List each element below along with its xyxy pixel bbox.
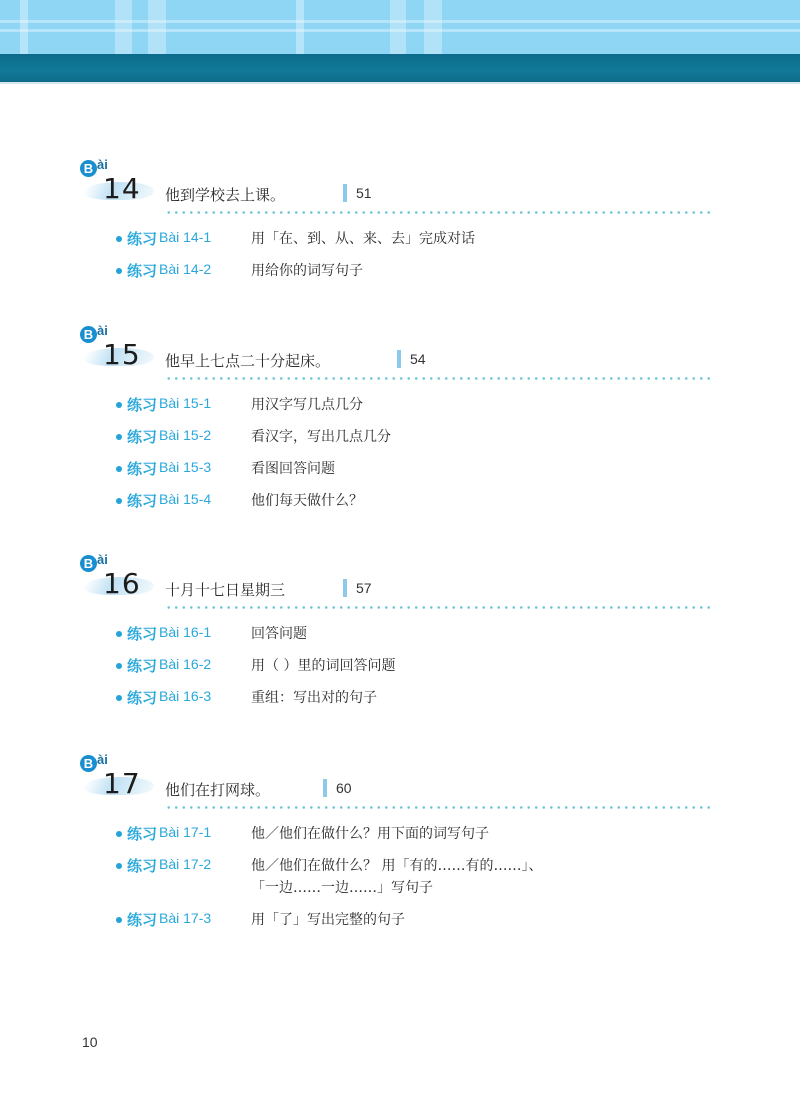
bai-badge: B ài 17 [80, 755, 170, 805]
exercise-desc: 用「了」写出完整的句子 [251, 909, 405, 931]
exercise-label: 练习 [127, 426, 157, 447]
bullet-icon [116, 831, 122, 837]
exercise-code: Bài 15-1 [159, 395, 211, 411]
exercise-desc: 用（ ）里的词回答问题 [251, 655, 395, 677]
exercise-label: 练习 [127, 490, 157, 511]
exercise-code: Bài 15-4 [159, 491, 211, 507]
bai-badge: B ài 15 [80, 326, 170, 376]
exercise-label: 练习 [127, 655, 157, 676]
exercise-code: Bài 14-2 [159, 261, 211, 277]
bai-b-circle-icon: B [80, 326, 97, 343]
bullet-icon [116, 402, 122, 408]
lesson-title[interactable]: 他早上七点二十分起床。 [165, 350, 330, 371]
lesson-number: 15 [103, 338, 141, 371]
exercise-code: Bài 16-3 [159, 688, 211, 704]
bullet-icon [116, 631, 122, 637]
bai-badge: B ài 14 [80, 160, 170, 210]
exercise-label: 练习 [127, 394, 157, 415]
lesson-number: 16 [103, 567, 141, 600]
exercise-code: Bài 16-1 [159, 624, 211, 640]
bai-b-circle-icon: B [80, 555, 97, 572]
bai-b-circle-icon: B [80, 160, 97, 177]
exercise-label: 练习 [127, 909, 157, 930]
dotted-divider [165, 806, 712, 809]
exercise-desc-continued: 「一边……一边……」写句子 [251, 877, 433, 899]
exercise-label: 练习 [127, 228, 157, 249]
header-dark-band [0, 54, 800, 84]
exercise-code: Bài 17-3 [159, 910, 211, 926]
bullet-icon [116, 236, 122, 242]
bullet-icon [116, 434, 122, 440]
bullet-icon [116, 466, 122, 472]
exercise-label: 练习 [127, 260, 157, 281]
exercise-desc: 用「在、到、从、来、去」完成对话 [251, 228, 475, 250]
page-number: 10 [82, 1034, 98, 1050]
exercise-desc: 用给你的词写句子 [251, 260, 363, 282]
exercise-desc: 回答问题 [251, 623, 307, 645]
bai-suffix: ài [97, 157, 108, 172]
page-reference[interactable]: 51 [356, 185, 372, 201]
bai-suffix: ài [97, 752, 108, 767]
bai-b-circle-icon: B [80, 755, 97, 772]
exercise-label: 练习 [127, 855, 157, 876]
page-marker-bar [343, 184, 347, 202]
exercise-desc: 他／他们在做什么？用下面的词写句子 [251, 823, 489, 845]
page-marker-bar [323, 779, 327, 797]
bullet-icon [116, 663, 122, 669]
exercise-desc: 看汉字，写出几点几分 [251, 426, 391, 448]
header-pattern-band [0, 0, 800, 54]
page-marker-bar [397, 350, 401, 368]
page-reference[interactable]: 54 [410, 351, 426, 367]
bullet-icon [116, 268, 122, 274]
page-marker-bar [343, 579, 347, 597]
exercise-desc: 重组：写出对的句子 [251, 687, 377, 709]
exercise-label: 练习 [127, 458, 157, 479]
dotted-divider [165, 377, 712, 380]
dotted-divider [165, 211, 712, 214]
lesson-title[interactable]: 他到学校去上课。 [165, 184, 285, 205]
bai-badge: B ài 16 [80, 555, 170, 605]
bullet-icon [116, 498, 122, 504]
bullet-icon [116, 863, 122, 869]
exercise-code: Bài 17-2 [159, 856, 211, 872]
exercise-desc: 看图回答问题 [251, 458, 335, 480]
lesson-number: 14 [103, 172, 141, 205]
exercise-desc: 他／他们在做什么？ 用「有的……有的……」、 [251, 855, 542, 877]
exercise-code: Bài 17-1 [159, 824, 211, 840]
page-reference[interactable]: 60 [336, 780, 352, 796]
exercise-label: 练习 [127, 823, 157, 844]
exercise-code: Bài 16-2 [159, 656, 211, 672]
lesson-title[interactable]: 十月十七日星期三 [165, 579, 285, 600]
exercise-desc: 用汉字写几点几分 [251, 394, 363, 416]
exercise-desc: 他们每天做什么？ [251, 490, 363, 512]
bai-suffix: ài [97, 552, 108, 567]
lesson-title[interactable]: 他们在打网球。 [165, 779, 270, 800]
exercise-code: Bài 14-1 [159, 229, 211, 245]
exercise-code: Bài 15-2 [159, 427, 211, 443]
dotted-divider [165, 606, 712, 609]
bai-suffix: ài [97, 323, 108, 338]
exercise-label: 练习 [127, 687, 157, 708]
exercise-label: 练习 [127, 623, 157, 644]
page-reference[interactable]: 57 [356, 580, 372, 596]
exercise-code: Bài 15-3 [159, 459, 211, 475]
bullet-icon [116, 917, 122, 923]
bullet-icon [116, 695, 122, 701]
lesson-number: 17 [103, 767, 141, 800]
